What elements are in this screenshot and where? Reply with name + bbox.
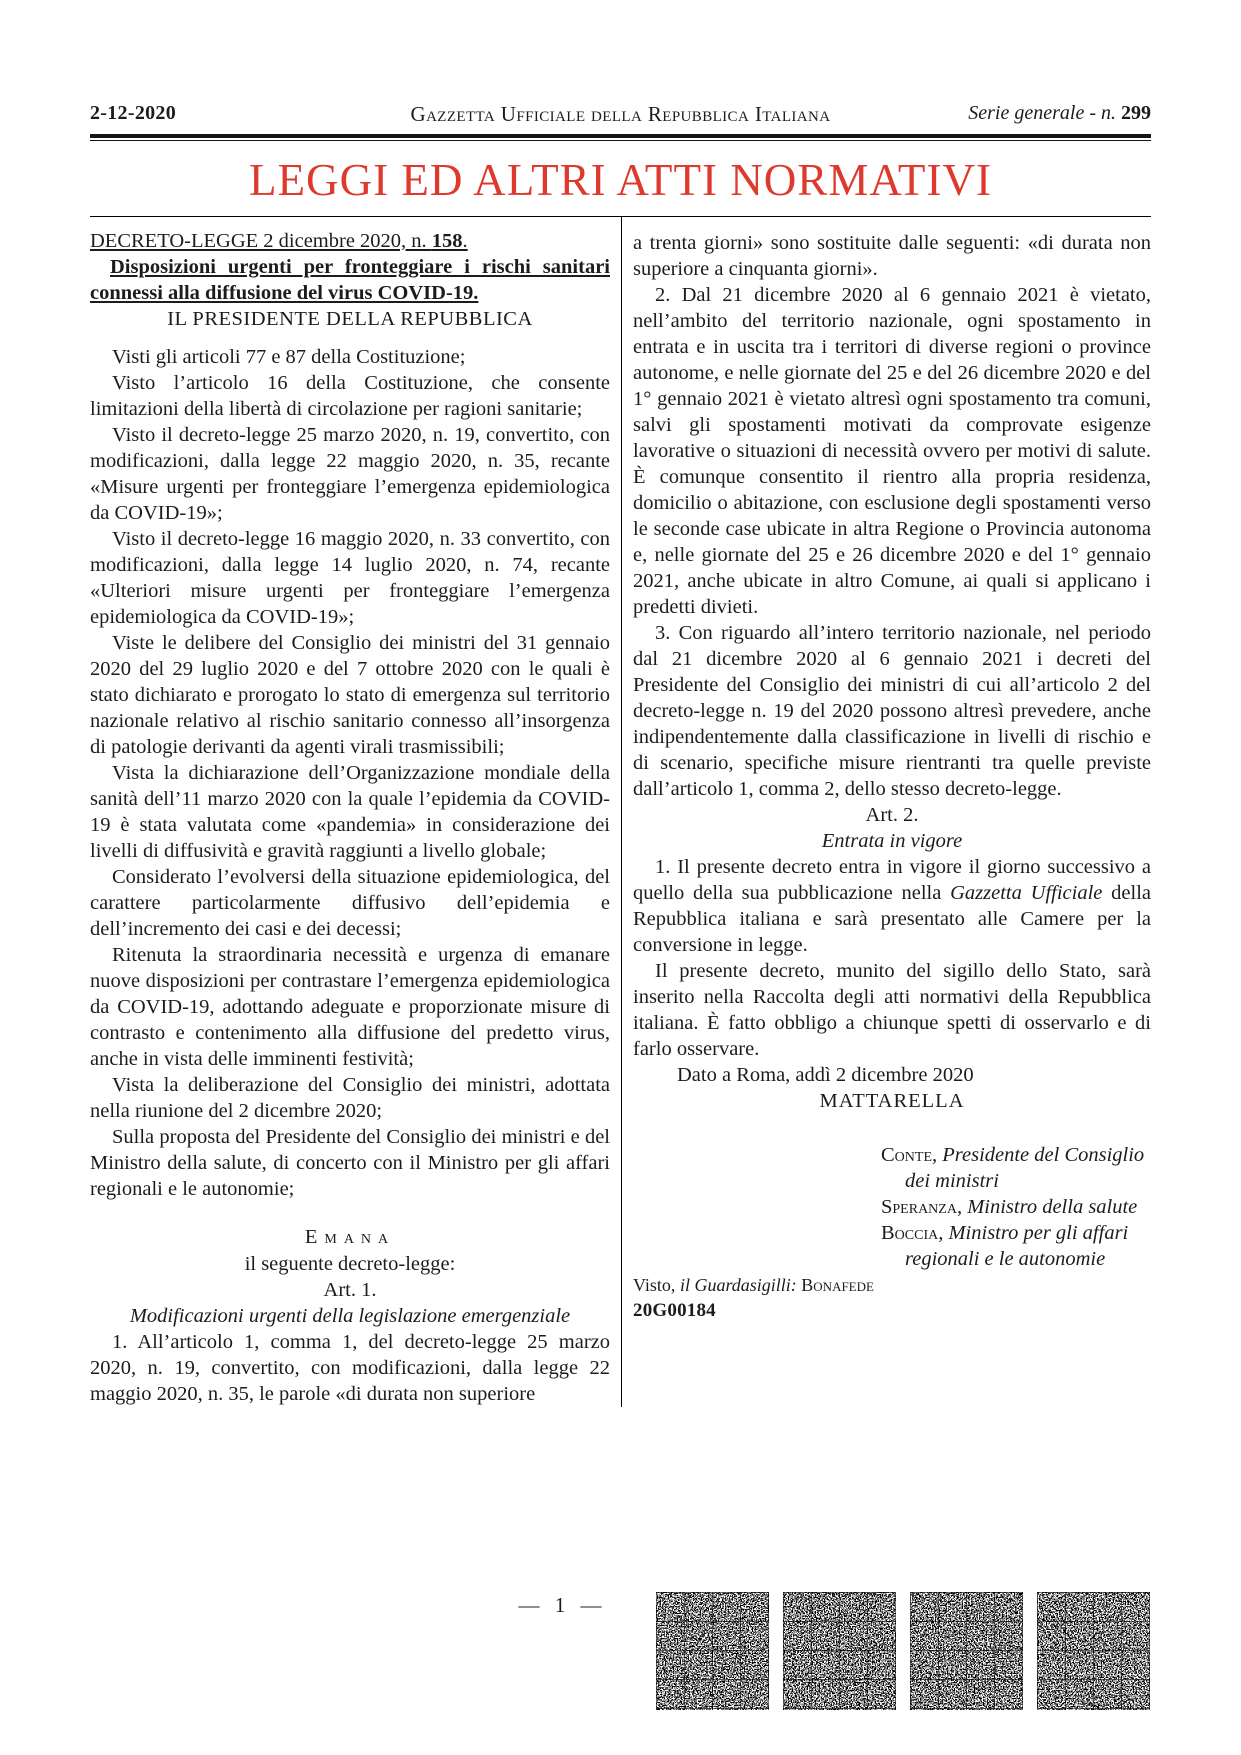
signatory-separator: , [932, 1144, 942, 1166]
article-2-paragraph-1: 1. Il presente decreto entra in vigore i… [633, 854, 1151, 958]
recital: Visti gli articoli 77 e 87 della Costitu… [90, 344, 610, 370]
emana-block: Emana il seguente decreto-legge: [90, 1224, 610, 1277]
article-1-title: Modificazioni urgenti della legislazione… [90, 1303, 610, 1329]
signatories: Conte, Presidente del Consiglio dei mini… [881, 1142, 1151, 1272]
article-1-heading: Art. 1. [90, 1277, 610, 1303]
signatory-separator: , [957, 1196, 967, 1218]
article-1-paragraph-2: 2. Dal 21 dicembre 2020 al 6 gennaio 202… [633, 282, 1151, 620]
gazzetta-ufficiale-italic: Gazzetta Ufficiale [950, 882, 1102, 904]
section-title: LEGGI ED ALTRI ATTI NORMATIVI [101, 157, 1141, 203]
signatory-name: Conte [881, 1144, 932, 1166]
signatory: Boccia, Ministro per gli affari regional… [881, 1220, 1151, 1272]
recital: Considerato l’evolversi della situazione… [90, 864, 610, 942]
president-heading: IL PRESIDENTE DELLA REPUBBLICA [90, 306, 610, 332]
article-2-heading: Art. 2. [633, 802, 1151, 828]
recital: Viste le delibere del Consiglio dei mini… [90, 630, 610, 760]
recital: Vista la deliberazione del Consiglio dei… [90, 1072, 610, 1124]
left-column: DECRETO-LEGGE 2 dicembre 2020, n. 158. D… [90, 217, 621, 1407]
barcode-grid [1037, 1592, 1150, 1710]
double-rule [90, 134, 1151, 141]
president-signature: MATTARELLA [633, 1088, 1151, 1114]
guardasigilli-label: il Guardasigilli: [680, 1275, 801, 1295]
emana-heading: Emana [90, 1224, 610, 1250]
page-number: — 1 — [430, 1593, 690, 1618]
article-1-continuation: a trenta giorni» sono sostituite dalle s… [633, 230, 1151, 282]
right-column: a trenta giorni» sono sostituite dalle s… [621, 217, 1151, 1407]
barcode-block [656, 1592, 769, 1710]
barcode-grid [783, 1592, 896, 1710]
article-2-title: Entrata in vigore [633, 828, 1151, 854]
act-code: 20G00184 [633, 1298, 1151, 1324]
signatory-title: Ministro della salute [967, 1196, 1137, 1218]
emana-subline: il seguente decreto-legge: [90, 1251, 610, 1277]
recital: Vista la dichiarazione dell’Organizzazio… [90, 760, 610, 864]
decree-number: 158 [432, 230, 463, 252]
decree-heading-lead: DECRETO-LEGGE 2 dicembre 2020, n. [90, 230, 432, 252]
recital: Visto il decreto-legge 25 marzo 2020, n.… [90, 422, 610, 526]
decree-heading-tail: . [463, 230, 468, 252]
recital: Ritenuta la straordinaria necessità e ur… [90, 942, 610, 1072]
decree-subject: Disposizioni urgenti per fronteggiare i … [90, 254, 610, 306]
signatory: Conte, Presidente del Consiglio dei mini… [881, 1142, 1151, 1194]
article-1-paragraph: 1. All’articolo 1, comma 1, del decreto-… [90, 1329, 610, 1407]
signatory-name: Speranza [881, 1196, 957, 1218]
seal-line: Visto, il Guardasigilli: Bonafede [633, 1272, 1151, 1298]
barcode-strip [656, 1592, 1150, 1710]
recital: Visto il decreto-legge 16 maggio 2020, n… [90, 526, 610, 630]
gazzetta-page: 2-12-2020 Gazzetta Ufficiale della Repub… [0, 0, 1241, 1755]
signatory-name: Boccia [881, 1222, 938, 1244]
barcode-block [783, 1592, 896, 1710]
running-head: 2-12-2020 Gazzetta Ufficiale della Repub… [90, 102, 1151, 125]
signatory-separator: , [938, 1222, 948, 1244]
text-columns: DECRETO-LEGGE 2 dicembre 2020, n. 158. D… [90, 216, 1151, 1407]
signatory: Speranza, Ministro della salute [881, 1194, 1151, 1220]
article-2-paragraph-2: Il presente decreto, munito del sigillo … [633, 958, 1151, 1062]
journal-title: Gazzetta Ufficiale della Repubblica Ital… [90, 102, 1151, 127]
recital: Visto l’articolo 16 della Costituzione, … [90, 370, 610, 422]
article-1-paragraph-3: 3. Con riguardo all’intero territorio na… [633, 620, 1151, 802]
guardasigilli-name: Bonafede [801, 1275, 874, 1295]
seal-prefix: Visto, [633, 1275, 680, 1295]
barcode-block [1037, 1592, 1150, 1710]
dateline: Dato a Roma, addì 2 dicembre 2020 [633, 1062, 1151, 1088]
barcode-grid [656, 1592, 769, 1710]
barcode-block [910, 1592, 1023, 1710]
decree-heading: DECRETO-LEGGE 2 dicembre 2020, n. 158. [90, 228, 610, 254]
barcode-grid [910, 1592, 1023, 1710]
recital: Sulla proposta del Presidente del Consig… [90, 1124, 610, 1202]
